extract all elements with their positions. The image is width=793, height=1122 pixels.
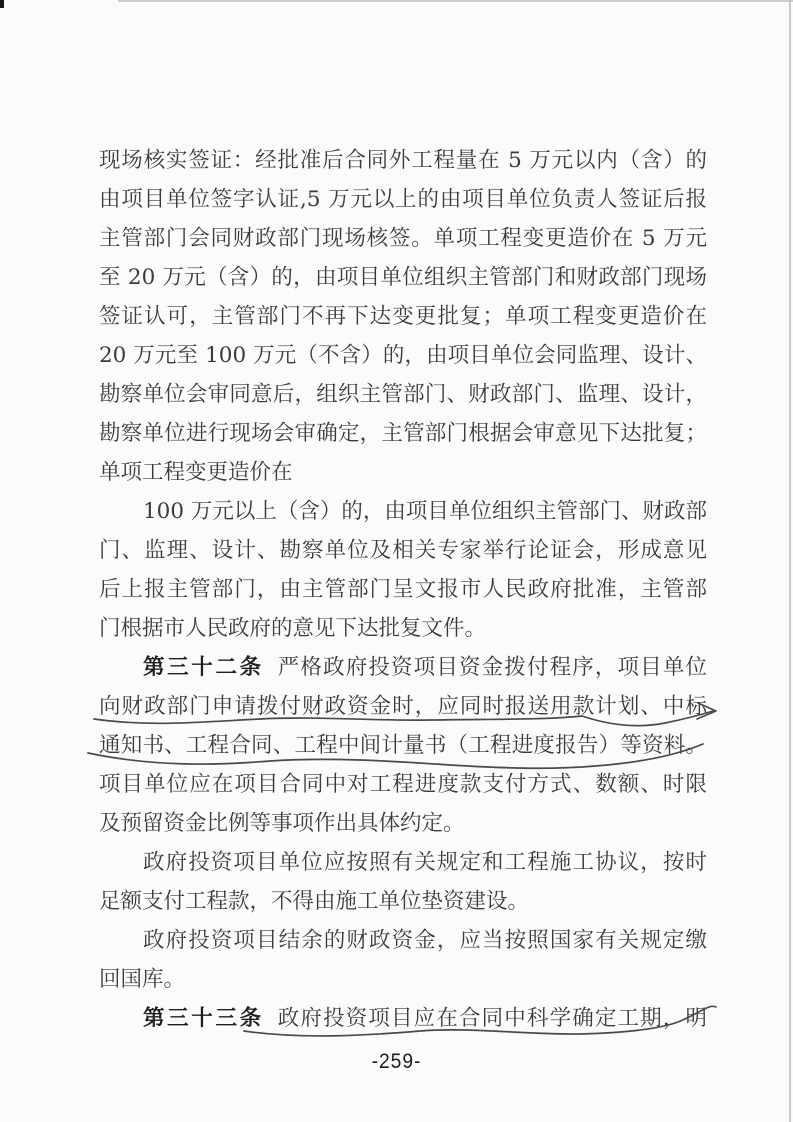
page-number: -259- [32, 1050, 762, 1074]
text-line-underlined: 向财政部门申请拨付财政资金时，应同时报送用款计划、中标 [99, 687, 707, 726]
text-line: 政府投资项目结余的财政资金，应当按照国家有关规定缴 [99, 921, 707, 960]
article-number-33: 第三十三条 [143, 1006, 264, 1031]
document-page: 现场核实签证：经批准后合同外工程量在 5 万元以内（含）的 由项目单位签字认证,… [0, 0, 793, 1122]
article-number-32: 第三十二条 [143, 655, 264, 680]
article-33-text: 政府投资项目应在合同中科学确定工期，明 [278, 1006, 707, 1031]
text-line: 单项工程变更造价在 [99, 453, 707, 492]
text-line: 20 万元至 100 万元（不含）的，由项目单位会同监理、设计、 [99, 336, 707, 375]
text-line: 至 20 万元（含）的，由项目单位组织主管部门和财政部门现场 [99, 258, 707, 297]
text-line-article-33: 第三十三条政府投资项目应在合同中科学确定工期，明 [99, 999, 707, 1038]
text-line: 后上报主管部门，由主管部门呈文报市人民政府批准，主管部 [99, 570, 707, 609]
text-line: 签证认可，主管部门不再下达变更批复；单项工程变更造价在 [99, 297, 707, 336]
text-line: 及预留资金比例等事项作出具体约定。 [99, 804, 707, 843]
text-line: 回国库。 [99, 960, 707, 999]
text-line: 政府投资项目单位应按照有关规定和工程施工协议，按时 [99, 843, 707, 882]
text-line-underlined: 通知书、工程合同、工程中间计量书（工程进度报告）等资料。 [99, 726, 707, 765]
text-line: 勘察单位进行现场会审确定，主管部门根据会审意见下达批复； [99, 414, 707, 453]
scan-edge-top [118, 0, 793, 2]
text-line: 由项目单位签字认证,5 万元以上的由项目单位负责人签证后报 [99, 180, 707, 219]
text-line: 勘察单位会审同意后，组织主管部门、财政部门、监理、设计， [99, 375, 707, 414]
scan-corner-mark [0, 0, 4, 8]
text-line: 主管部门会同财政部门现场核签。单项工程变更造价在 5 万元 [99, 219, 707, 258]
scan-edge-right [789, 0, 791, 1122]
text-line: 100 万元以上（含）的，由项目单位组织主管部门、财政部 [99, 492, 707, 531]
article-32-text: 严格政府投资项目资金拨付程序，项目单位 [278, 655, 707, 680]
text-line: 门根据市人民政府的意见下达批复文件。 [99, 609, 707, 648]
text-line: 门、监理、设计、勘察单位及相关专家举行论证会，形成意见 [99, 531, 707, 570]
text-line: 足额支付工程款，不得由施工单位垫资建设。 [99, 882, 707, 921]
text-line: 现场核实签证：经批准后合同外工程量在 5 万元以内（含）的 [99, 141, 707, 180]
text-line-article-32: 第三十二条严格政府投资项目资金拨付程序，项目单位 [99, 648, 707, 687]
text-line: 项目单位应在项目合同中对工程进度款支付方式、数额、时限 [99, 765, 707, 804]
